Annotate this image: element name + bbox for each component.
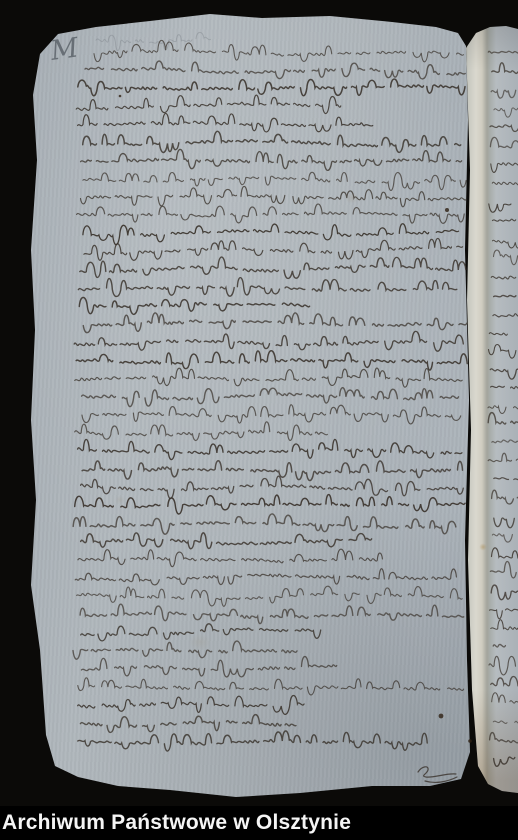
handwriting-stroke bbox=[494, 250, 518, 265]
handwriting-stroke bbox=[80, 604, 464, 623]
ink-spot bbox=[439, 714, 444, 719]
handwriting-stroke bbox=[494, 295, 518, 297]
handwriting-stroke bbox=[78, 678, 464, 695]
handwriting-stroke bbox=[83, 131, 461, 152]
handwriting-layer: M bbox=[0, 0, 518, 840]
handwriting-stroke bbox=[491, 585, 518, 600]
handwriting-stroke bbox=[80, 257, 466, 278]
handwriting-stroke bbox=[79, 297, 309, 314]
handwriting-stroke bbox=[493, 309, 518, 317]
handwriting-stroke bbox=[75, 569, 456, 585]
handwriting-stroke bbox=[488, 413, 518, 425]
handwriting-stroke bbox=[78, 278, 457, 297]
handwriting-stroke bbox=[490, 125, 518, 132]
handwriting-stroke bbox=[489, 656, 518, 675]
handwriting-stroke bbox=[491, 275, 518, 279]
handwriting-stroke bbox=[78, 113, 373, 131]
handwriting-stroke bbox=[489, 333, 507, 336]
handwriting-stroke bbox=[75, 422, 328, 441]
handwriting-stroke bbox=[491, 81, 518, 98]
margin-mark: M bbox=[48, 32, 82, 67]
handwriting-stroke bbox=[491, 620, 518, 630]
handwriting-stroke bbox=[80, 715, 296, 733]
handwriting-stroke bbox=[490, 609, 518, 619]
handwriting-stroke bbox=[492, 548, 518, 558]
handwriting-stroke bbox=[94, 40, 464, 61]
handwriting-stroke bbox=[492, 490, 518, 504]
handwriting-stroke bbox=[78, 439, 462, 459]
handwriting-stroke bbox=[491, 677, 518, 686]
handwriting-stroke bbox=[81, 624, 321, 641]
handwriting-stroke bbox=[492, 693, 518, 703]
handwriting-stroke bbox=[73, 514, 456, 534]
handwriting-stroke bbox=[490, 562, 518, 578]
handwriting-stroke bbox=[492, 63, 518, 74]
handwriting-stroke bbox=[74, 331, 463, 351]
handwriting-stroke bbox=[493, 721, 518, 724]
handwriting-stroke bbox=[81, 533, 372, 549]
handwriting-stroke bbox=[77, 204, 465, 223]
handwriting-stroke bbox=[81, 186, 467, 206]
handwriting-stroke bbox=[75, 495, 465, 514]
handwriting-stroke bbox=[488, 51, 518, 54]
handwriting-stroke bbox=[490, 369, 518, 379]
handwriting-stroke bbox=[494, 757, 518, 766]
handwriting-stroke bbox=[83, 224, 459, 245]
handwriting-stroke bbox=[492, 440, 518, 443]
watermark-text: Archiwum Państwowe w Olsztynie bbox=[0, 811, 351, 835]
handwriting-stroke bbox=[490, 137, 518, 147]
handwriting-stroke bbox=[491, 386, 518, 388]
handwriting-stroke bbox=[78, 79, 465, 96]
handwriting-stroke bbox=[490, 733, 518, 743]
ink-strokes bbox=[73, 32, 518, 782]
handwriting-stroke bbox=[76, 351, 467, 370]
handwriting-stroke bbox=[81, 149, 462, 170]
handwriting-stroke bbox=[81, 476, 464, 498]
handwriting-stroke bbox=[96, 32, 211, 50]
handwriting-stroke bbox=[82, 461, 462, 481]
handwriting-stroke bbox=[78, 695, 304, 714]
handwriting-stroke bbox=[491, 163, 518, 173]
handwriting-stroke bbox=[84, 238, 463, 260]
handwriting-stroke bbox=[81, 657, 336, 677]
handwriting-stroke bbox=[83, 172, 466, 190]
handwriting-stroke bbox=[78, 731, 427, 751]
handwriting-stroke bbox=[489, 345, 518, 359]
handwriting-stroke bbox=[493, 219, 518, 221]
handwriting-stroke bbox=[78, 549, 383, 567]
handwriting-stroke bbox=[83, 313, 467, 333]
ink-spot bbox=[445, 208, 449, 212]
handwriting-stroke bbox=[418, 767, 457, 783]
handwriting-stroke bbox=[492, 534, 512, 542]
handwriting-stroke bbox=[489, 204, 518, 212]
watermark-bar: Archiwum Państwowe w Olsztynie bbox=[0, 806, 518, 840]
handwriting-stroke bbox=[76, 95, 341, 113]
archival-scan: M Archiwum Państwowe w Olsztynie bbox=[0, 0, 518, 840]
handwriting-stroke bbox=[82, 388, 459, 407]
handwriting-stroke bbox=[493, 644, 505, 647]
handwriting-stroke bbox=[494, 478, 518, 480]
handwriting-stroke bbox=[494, 108, 518, 117]
handwriting-stroke bbox=[85, 61, 465, 79]
handwriting-stroke bbox=[82, 405, 461, 424]
ink-spot bbox=[468, 739, 472, 743]
handwriting-stroke bbox=[493, 240, 518, 248]
ink-spot bbox=[119, 95, 122, 98]
handwriting-stroke bbox=[494, 517, 518, 527]
handwriting-stroke bbox=[73, 641, 297, 659]
handwriting-stroke bbox=[75, 368, 462, 387]
handwriting-stroke bbox=[77, 586, 463, 606]
handwriting-stroke bbox=[492, 175, 518, 185]
handwriting-stroke bbox=[488, 453, 518, 461]
